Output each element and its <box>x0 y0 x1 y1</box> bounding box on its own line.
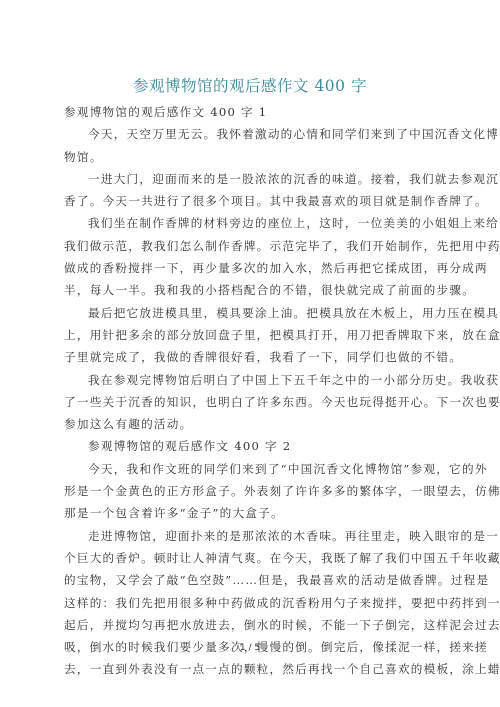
page-indicator: 1 / 5 <box>0 643 500 653</box>
text-line: 子里就完成了，我做的香牌很好看，我看了一下，同学们也做的不错。 <box>64 346 440 368</box>
text-line: 去，一直到外表没有一点一点的颗粒，然后再找一个自己喜欢的模板，涂上蜡 <box>64 658 440 680</box>
text-line: 了一些关于沉香的知识，也明白了许多东西。今天也玩得挺开心。下一次也要 <box>64 391 440 413</box>
text-line: 我们坐在制作香牌的材料旁边的座位上，这时，一位美美的小姐姐上来给 <box>64 212 440 234</box>
text-line: 今天，天空万里无云。我怀着激动的心情和同学们来到了中国沉香文化博 <box>64 123 440 145</box>
text-line: 参观博物馆的观后感作文 400 字 1 <box>64 101 440 123</box>
text-line: 的宝物，又学会了敲“色空鼓”……但是，我最喜欢的活动是做香牌。过程是 <box>64 569 440 591</box>
text-line: 我们做示范，教我们怎么制作香牌。示范完毕了，我们开始制作，先把用中药 <box>64 235 440 257</box>
text-line: 参观博物馆的观后感作文 400 字 2 <box>64 435 440 457</box>
text-line: 上，用针把多余的部分放回盘子里，把模具打开，用刀把香牌取下来，放在盒 <box>64 324 440 346</box>
text-line: 起后，并搅均匀再把水放进去，倒水的时候，不能一下子倒完，这样泥会过去 <box>64 614 440 636</box>
text-line: 走进博物馆，迎面扑来的是那浓浓的木香味。再往里走，映入眼帘的是一 <box>64 525 440 547</box>
text-line: 形是一个金黄色的正方形盒子。外表刻了许许多多的繁体字，一眼望去，仿佛 <box>64 480 440 502</box>
text-line: 做成的香粉搅拌一下，再少量多次的加入水，然后再把它揉成团，再分成两 <box>64 257 440 279</box>
document-body: 参观博物馆的观后感作文 400 字 1今天，天空万里无云。我怀着激动的心情和同学… <box>64 101 440 681</box>
text-line: 今天，我和作文班的同学们来到了“中国沉香文化博物馆”参观，它的外 <box>64 458 440 480</box>
document-page: 参观博物馆的观后感作文 400 字 参观博物馆的观后感作文 400 字 1今天，… <box>0 0 500 707</box>
text-line: 香了。今天一共进行了很多个项目。其中我最喜欢的项目就是制作香牌了。 <box>64 190 440 212</box>
document-title: 参观博物馆的观后感作文 400 字 <box>0 74 500 96</box>
text-line: 一进大门，迎面而来的是一股浓浓的沉香的味道。接着，我们就去参观沉 <box>64 168 440 190</box>
text-line: 个巨大的香炉。顿时让人神清气爽。在今天，我既了解了我们中国五千年收藏 <box>64 547 440 569</box>
text-line: 这样的：我们先把用很多种中药做成的沉香粉用勺子来搅拌，要把中药拌到一 <box>64 592 440 614</box>
text-line: 参加这么有趣的活动。 <box>64 413 440 435</box>
text-line: 我在参观完博物馆后明白了中国上下五千年之中的一小部分历史。我收获 <box>64 369 440 391</box>
text-line: 最后把它放进模具里，模具要涂上油。把模具放在木板上，用力压在模具 <box>64 302 440 324</box>
text-line: 那是一个包含着许多“金子”的大盒子。 <box>64 502 440 524</box>
text-line: 半，每人一半。我和我的小搭档配合的不错，很快就完成了前面的步骤。 <box>64 279 440 301</box>
text-line: 物馆。 <box>64 146 440 168</box>
